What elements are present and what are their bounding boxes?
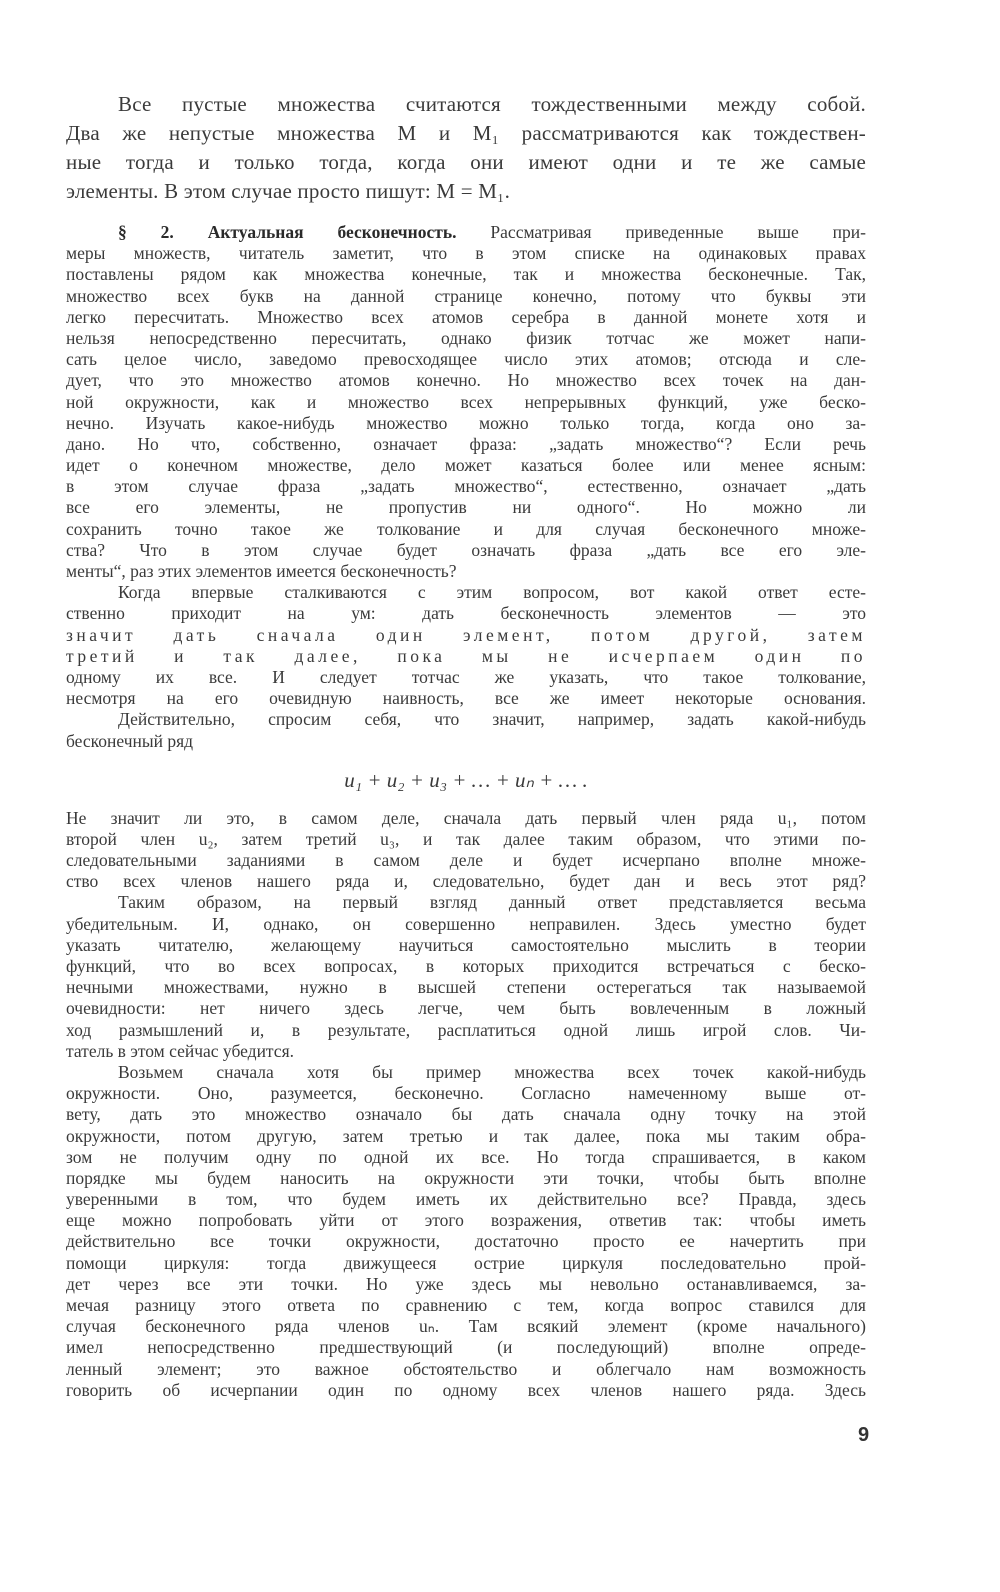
text-line: Когда впервые сталкиваются с этим вопрос… bbox=[66, 582, 866, 603]
text-line: говорить об исчерпании один по одному вс… bbox=[66, 1380, 866, 1401]
text-line: дует, что это множество атомов конечно. … bbox=[66, 370, 866, 391]
text-line: очевидности: нет ничего здесь легче, чем… bbox=[66, 998, 866, 1019]
text-line: татель в этом сейчас убедится. bbox=[66, 1041, 866, 1062]
section-first-line: § 2. Актуальная бесконечность. Рассматри… bbox=[66, 222, 866, 243]
text-line-spaced: третий и так далее, пока мы не исчерпаем… bbox=[66, 646, 866, 667]
text-line: нечно. Изучать какое-нибудь множество мо… bbox=[66, 413, 866, 434]
text-line: следовательными заданиями в самом деле и… bbox=[66, 850, 866, 871]
text-line: зом не получим одну по одной их все. Но … bbox=[66, 1147, 866, 1168]
text-line: ной окружности, как и множество всех неп… bbox=[66, 392, 866, 413]
text-line: мечая разницу этого ответа по сравнению … bbox=[66, 1295, 866, 1316]
text-line: несмотря на его очевидную наивность, все… bbox=[66, 688, 866, 709]
text-line: Не значит ли это, в самом деле, сначала … bbox=[66, 808, 866, 829]
text-line: ленный элемент; это важное обстоятельств… bbox=[66, 1359, 866, 1380]
text-line: еще можно попробовать уйти от этого возр… bbox=[66, 1210, 866, 1231]
text-line-spaced: значит дать сначала один элемент, потом … bbox=[66, 625, 866, 646]
series-formula: u₁ + u₂ + u₃ + … + uₙ + … . bbox=[66, 752, 866, 808]
text-line: ные тогда и только тогда, когда они имею… bbox=[66, 148, 866, 177]
text-line: идет о конечном множестве, дело может ка… bbox=[66, 455, 866, 476]
text-line: в этом случае фраза „задать множество“, … bbox=[66, 476, 866, 497]
text-line: дано. Но что, собственно, означает фраза… bbox=[66, 434, 866, 455]
text-line: легко пересчитать. Множество всех атомов… bbox=[66, 307, 866, 328]
text-line: Все пустые множества считаются тождестве… bbox=[66, 90, 866, 119]
text-line: ход размышлений и, в результате, расплат… bbox=[66, 1020, 866, 1041]
intro-paragraph: Все пустые множества считаются тождестве… bbox=[66, 90, 866, 206]
text-line: окружности, потом другую, затем третью и… bbox=[66, 1126, 866, 1147]
text-line: случая бесконечного ряда членов uₙ. Там … bbox=[66, 1316, 866, 1337]
text-line: меры множеств, читатель заметит, что в э… bbox=[66, 243, 866, 264]
text-line: сать целое число, заведомо превосходящее… bbox=[66, 349, 866, 370]
text-line: нечными множествами, нужно в высшей степ… bbox=[66, 977, 866, 998]
text-line: нельзя непосредственно пересчитать, одна… bbox=[66, 328, 866, 349]
text-span: Рассматривая приведенные выше при- bbox=[490, 222, 866, 242]
book-page: Все пустые множества считаются тождестве… bbox=[66, 90, 866, 1401]
text-line: уверенными в том, что будем иметь их дей… bbox=[66, 1189, 866, 1210]
text-line: сохранить точно такое же толкование и дл… bbox=[66, 519, 866, 540]
text-line: множество всех букв на данной странице к… bbox=[66, 286, 866, 307]
text-line: Возьмем сначала хотя бы пример множества… bbox=[66, 1062, 866, 1083]
text-line: все его элементы, не пропустив ни одного… bbox=[66, 497, 866, 518]
text-line: действительно все точки окружности, дост… bbox=[66, 1231, 866, 1252]
text-line: функций, что во всех вопросах, в которых… bbox=[66, 956, 866, 977]
text-line: одному их все. И следует тотчас же указа… bbox=[66, 667, 866, 688]
text-line: убедительным. И, однако, он совершенно н… bbox=[66, 914, 866, 935]
section-heading: § 2. Актуальная бесконечность. bbox=[118, 222, 457, 242]
text-line: вету, дать это множество означало бы дат… bbox=[66, 1104, 866, 1125]
text-line: дет через все эти точки. Но уже здесь мы… bbox=[66, 1274, 866, 1295]
text-line: Таким образом, на первый взгляд данный о… bbox=[66, 892, 866, 913]
text-line: указать читателю, желающему научиться са… bbox=[66, 935, 866, 956]
text-line: Два же непустые множества M и M₁ рассмат… bbox=[66, 119, 866, 148]
text-line: окружности. Оно, разумеется, бесконечно.… bbox=[66, 1083, 866, 1104]
text-line: ства? Что в этом случае будет означать ф… bbox=[66, 540, 866, 561]
text-line: второй член u₂, затем третий u₃, и так д… bbox=[66, 829, 866, 850]
text-line: ство всех членов нашего ряда и, следоват… bbox=[66, 871, 866, 892]
text-line: бесконечный ряд bbox=[66, 731, 866, 752]
text-line: менты“, раз этих элементов имеется беско… bbox=[66, 561, 866, 582]
text-line: поставлены рядом как множества конечные,… bbox=[66, 264, 866, 285]
text-line: помощи циркуля: тогда движущееся острие … bbox=[66, 1253, 866, 1274]
text-line: имел непосредственно предшествующий (и п… bbox=[66, 1337, 866, 1358]
text-line: элементы. В этом случае просто пишут: M … bbox=[66, 177, 866, 206]
section-actual-infinity: § 2. Актуальная бесконечность. Рассматри… bbox=[66, 222, 866, 1401]
text-line: Действительно, спросим себя, что значит,… bbox=[66, 709, 866, 730]
text-line: ственно приходит на ум: дать бесконечнос… bbox=[66, 603, 866, 624]
text-line: порядке мы будем наносить на окружности … bbox=[66, 1168, 866, 1189]
page-number: 9 bbox=[858, 1424, 869, 1447]
